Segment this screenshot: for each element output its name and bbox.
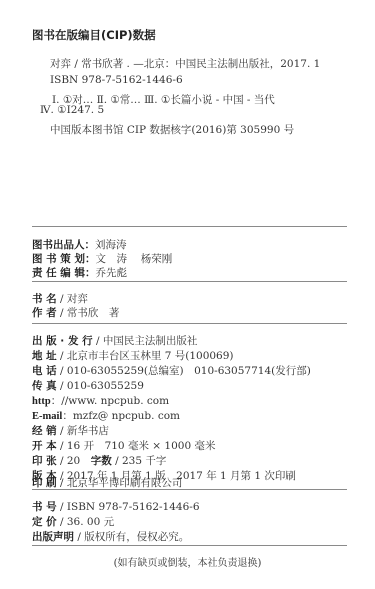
cip-entry: 对弈 / 常书欣著 . —北京：中国民主法制出版社，2017. 1 [50,56,320,71]
pub-row-fax: 传 真 / 010-63055259 [32,377,144,393]
pub-row-phone: 电 话 / 010-63055259(总编室) 010-63057714(发行部… [32,362,311,378]
field-label: 印 张 [32,455,57,467]
pub-row-address: 地 址 / 北京市丰台区玉林里 7 号(100069) [32,347,234,363]
field-value: 010-63055259 [67,380,144,392]
cip-title: 图书在版编目(CIP)数据 [32,27,156,43]
separator: / [57,501,67,513]
separator: / [93,335,103,347]
field-value: 235 千字 [122,455,166,467]
cip-classification-4: Ⅳ. ①I247. 5 [40,104,104,116]
footer-note: (如有缺页或倒装，本社负责退换) [0,554,375,569]
website-link[interactable]: //www. npcpub. com [61,395,169,407]
field-label: 出版声明 [32,531,74,543]
credit-label: 责 任 编 辑： [32,267,95,279]
field-label: 书 号 [32,501,57,513]
pub-row-website: http：//www. npcpub. com [32,392,169,408]
field-label: 印 刷 [32,477,57,489]
field-label: 传 真 [32,380,57,392]
separator: / [57,516,67,528]
field-value: 新华书店 [67,425,109,437]
field-label: 出 版 · 发 行 [32,335,93,347]
field-value: 北京市丰台区玉林里 7 号(100069) [67,350,234,362]
separator: / [57,365,67,377]
pub-row-distributor: 经 销 / 新华书店 [32,422,109,438]
field-label: 电 话 [32,365,57,377]
pub-row-format: 开 本 / 16 开 710 毫米 × 1000 毫米 [32,437,216,453]
field-value: 20 [67,455,91,467]
pub-row-email: E-mail：mzfz@ npcpub. com [32,407,180,423]
price-row-price: 定 价 / 36. 00 元 [32,513,114,529]
separator: ： [62,410,73,422]
cip-isbn: ISBN 978-7-5162-1446-6 [50,74,183,86]
pub-row-publisher: 出 版 · 发 行 / 中国民主法制出版社 [32,332,197,348]
email-link[interactable]: mzfz@ npcpub. com [73,410,180,422]
separator: / [57,455,67,467]
printer-row: 印 刷 / 北京华平博印刷有限公司 [32,474,182,490]
separator: / [57,307,67,319]
price-row-statement: 出版声明 / 版权所有，侵权必究。 [32,528,189,544]
separator: / [74,531,84,543]
separator: / [57,425,67,437]
divider [32,545,347,546]
field-value: 版权所有，侵权必究。 [84,531,189,543]
divider [32,281,347,282]
book-author-row: 作 者 / 常书欣 著 [32,304,119,320]
field-label: 经 销 [32,425,57,437]
field-value: 中国民主法制出版社 [103,335,198,347]
separator: / [57,350,67,362]
price-row-isbn: 书 号 / ISBN 978-7-5162-1446-6 [32,498,200,514]
field-value: 010-63055259(总编室) 010-63057714(发行部) [67,365,311,377]
field-label: 地 址 [32,350,57,362]
field-label: http [32,396,51,407]
separator: / [57,380,67,392]
credit-editor: 责 任 编 辑：乔先彪 [32,264,127,280]
field-value: ISBN 978-7-5162-1446-6 [67,501,200,513]
field-label: E-mail [32,411,62,422]
divider [32,323,347,324]
field-label: 开 本 [32,440,57,452]
separator: / [112,455,122,467]
credit-value: 乔先彪 [95,267,127,279]
pub-row-sheets: 印 张 / 20 字数 / 235 千字 [32,452,166,468]
divider [32,226,347,227]
separator: ： [51,395,62,407]
field-value: 16 开 710 毫米 × 1000 毫米 [67,440,216,452]
separator: / [57,440,67,452]
separator: / [57,477,67,489]
cip-verification: 中国版本图书馆 CIP 数据核字(2016)第 305990 号 [50,122,294,137]
field-label: 定 价 [32,516,57,528]
field-label: 字数 [91,455,112,467]
field-value: 36. 00 元 [67,516,114,528]
field-label: 作 者 [32,307,57,319]
divider [32,489,347,490]
field-value: 常书欣 著 [67,307,120,319]
field-value: 北京华平博印刷有限公司 [67,477,183,489]
